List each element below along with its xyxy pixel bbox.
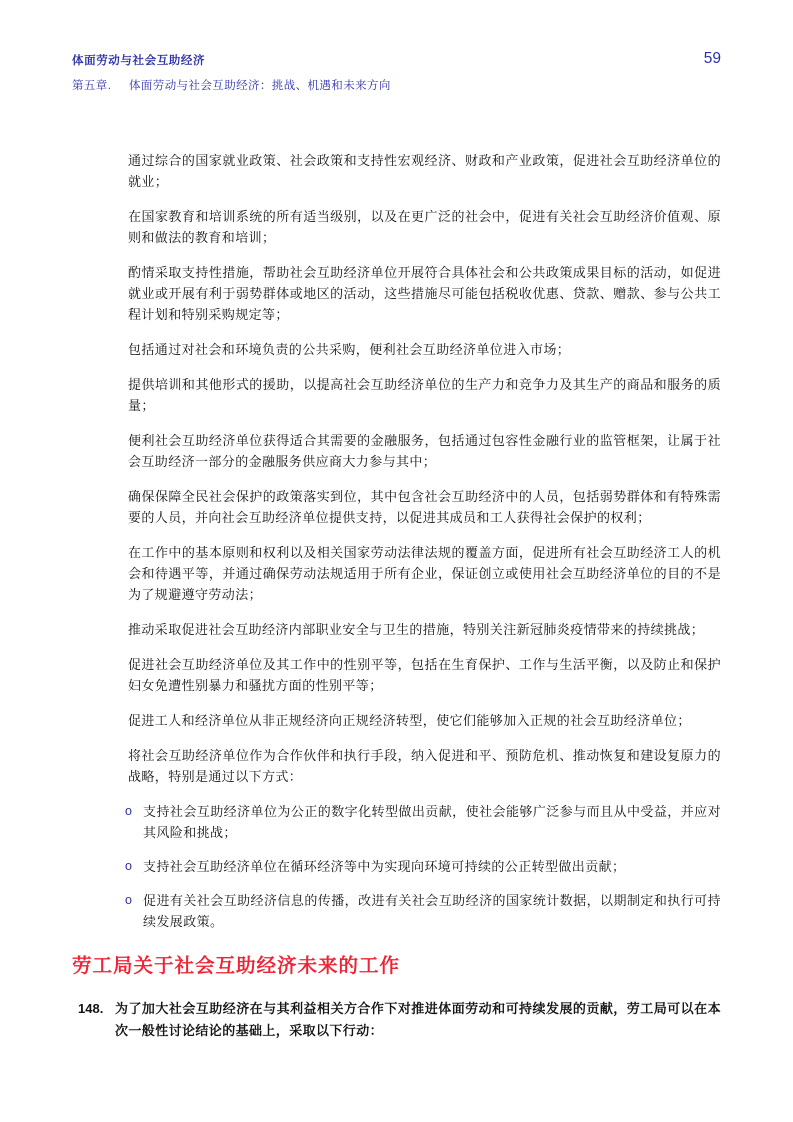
- bullet-text: 将社会互助经济单位作为合作伙伴和执行手段，纳入促进和平、预防危机、推动恢复和建设…: [128, 745, 721, 787]
- list-item: 确保保障全民社会保护的政策落实到位，其中包含社会互助经济中的人员，包括弱势群体和…: [113, 486, 721, 528]
- bullet-text: 推动采取促进社会互助经济内部职业安全与卫生的措施，特别关注新冠肺炎疫情带来的持续…: [128, 619, 721, 640]
- bullet-text: 酌情采取支持性措施，帮助社会互助经济单位开展符合具体社会和公共政策成果目标的活动…: [128, 262, 721, 325]
- sub-bullet-icon: o: [125, 801, 143, 843]
- sub-bullet-icon: o: [125, 890, 143, 932]
- sub-bullet-icon: o: [125, 856, 143, 877]
- list-item: 促进工人和经济单位从非正规经济向正规经济转型，使它们能够加入正规的社会互助经济单…: [113, 710, 721, 731]
- sub-list-item: o 支持社会互助经济单位为公正的数字化转型做出贡献，使社会能够广泛参与而且从中受…: [125, 801, 721, 843]
- list-item: 在国家教育和培训系统的所有适当级别，以及在更广泛的社会中，促进有关社会互助经济价…: [113, 206, 721, 248]
- bullet-text: 便利社会互助经济单位获得适合其需要的金融服务，包括通过包容性金融行业的监管框架，…: [128, 430, 721, 472]
- page-number: 59: [704, 50, 721, 68]
- list-item: 便利社会互助经济单位获得适合其需要的金融服务，包括通过包容性金融行业的监管框架，…: [113, 430, 721, 472]
- bullet-text: 在工作中的基本原则和权利以及相关国家劳动法律法规的覆盖方面，促进所有社会互助经济…: [128, 542, 721, 605]
- sub-list-item: o 促进有关社会互助经济信息的传播，改进有关社会互助经济的国家统计数据，以期制定…: [125, 890, 721, 932]
- bullet-text: 提供培训和其他形式的援助，以提高社会互助经济单位的生产力和竞争力及其生产的商品和…: [128, 374, 721, 416]
- paragraph-text: 为了加大社会互助经济在与其利益相关方合作下对推进体面劳动和可持续发展的贡献，劳工…: [115, 998, 721, 1042]
- section-heading: 劳工局关于社会互助经济未来的工作: [72, 950, 721, 978]
- sub-bullet-text: 支持社会互助经济单位为公正的数字化转型做出贡献，使社会能够广泛参与而且从中受益，…: [143, 801, 721, 843]
- bullet-text: 通过综合的国家就业政策、社会政策和支持性宏观经济、财政和产业政策，促进社会互助经…: [128, 150, 721, 192]
- page-header: 体面劳动与社会互助经济 第五章.体面劳动与社会互助经济：挑战、机遇和未来方向 5…: [72, 52, 721, 93]
- bullet-text: 促进工人和经济单位从非正规经济向正规经济转型，使它们能够加入正规的社会互助经济单…: [128, 710, 721, 731]
- list-item: 包括通过对社会和环境负责的公共采购，便利社会互助经济单位进入市场；: [113, 339, 721, 360]
- page-content: 通过综合的国家就业政策、社会政策和支持性宏观经济、财政和产业政策，促进社会互助经…: [72, 150, 721, 1042]
- list-item: 将社会互助经济单位作为合作伙伴和执行手段，纳入促进和平、预防危机、推动恢复和建设…: [113, 745, 721, 787]
- list-item: 推动采取促进社会互助经济内部职业安全与卫生的措施，特别关注新冠肺炎疫情带来的持续…: [113, 619, 721, 640]
- chapter-line: 第五章.体面劳动与社会互助经济：挑战、机遇和未来方向: [72, 77, 721, 93]
- bullet-list: 通过综合的国家就业政策、社会政策和支持性宏观经济、财政和产业政策，促进社会互助经…: [113, 150, 721, 787]
- list-item: 促进社会互助经济单位及其工作中的性别平等，包括在生育保护、工作与生活平衡，以及防…: [113, 654, 721, 696]
- document-title: 体面劳动与社会互助经济: [72, 52, 721, 68]
- sub-bullet-text: 促进有关社会互助经济信息的传播，改进有关社会互助经济的国家统计数据，以期制定和执…: [143, 890, 721, 932]
- bullet-text: 包括通过对社会和环境负责的公共采购，便利社会互助经济单位进入市场；: [128, 339, 721, 360]
- bullet-text: 确保保障全民社会保护的政策落实到位，其中包含社会互助经济中的人员，包括弱势群体和…: [128, 486, 721, 528]
- numbered-paragraph: 148. 为了加大社会互助经济在与其利益相关方合作下对推进体面劳动和可持续发展的…: [72, 998, 721, 1042]
- paragraph-number: 148.: [72, 998, 115, 1042]
- sub-bullet-text: 支持社会互助经济单位在循环经济等中为实现向环境可持续的公正转型做出贡献；: [143, 856, 721, 877]
- list-item: 在工作中的基本原则和权利以及相关国家劳动法律法规的覆盖方面，促进所有社会互助经济…: [113, 542, 721, 605]
- bullet-text: 在国家教育和培训系统的所有适当级别，以及在更广泛的社会中，促进有关社会互助经济价…: [128, 206, 721, 248]
- list-item: 酌情采取支持性措施，帮助社会互助经济单位开展符合具体社会和公共政策成果目标的活动…: [113, 262, 721, 325]
- sub-list-item: o 支持社会互助经济单位在循环经济等中为实现向环境可持续的公正转型做出贡献；: [125, 856, 721, 877]
- chapter-title: 体面劳动与社会互助经济：挑战、机遇和未来方向: [129, 80, 391, 92]
- list-item: 提供培训和其他形式的援助，以提高社会互助经济单位的生产力和竞争力及其生产的商品和…: [113, 374, 721, 416]
- document-page: 体面劳动与社会互助经济 第五章.体面劳动与社会互助经济：挑战、机遇和未来方向 5…: [0, 0, 793, 1122]
- chapter-number: 第五章.: [72, 77, 129, 93]
- bullet-text: 促进社会互助经济单位及其工作中的性别平等，包括在生育保护、工作与生活平衡，以及防…: [128, 654, 721, 696]
- sub-bullet-list: o 支持社会互助经济单位为公正的数字化转型做出贡献，使社会能够广泛参与而且从中受…: [125, 801, 721, 932]
- list-item: 通过综合的国家就业政策、社会政策和支持性宏观经济、财政和产业政策，促进社会互助经…: [113, 150, 721, 192]
